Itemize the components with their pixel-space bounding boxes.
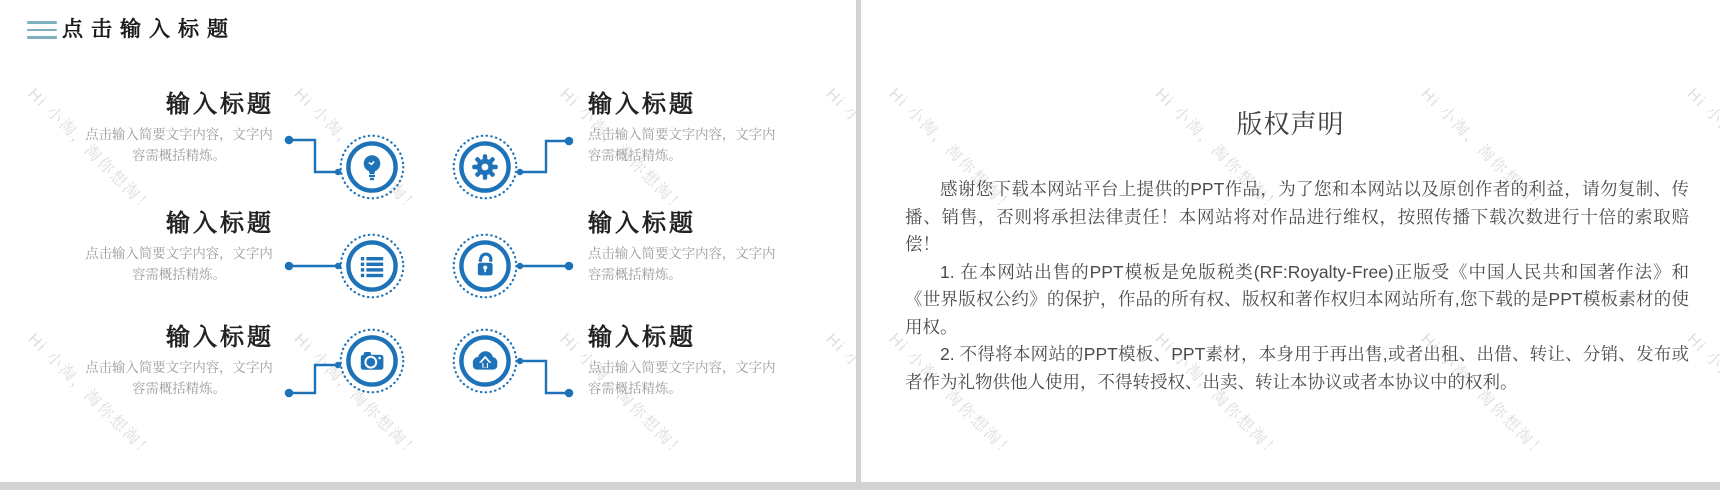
slide-left-panel[interactable]: Hi 小淘，淘你想淘！Hi 小淘，淘你想淘！Hi 小淘，淘你想淘！Hi 小淘，淘…	[0, 0, 856, 482]
connector-line	[282, 353, 344, 399]
slides-preview: Hi 小淘，淘你想淘！Hi 小淘，淘你想淘！Hi 小淘，淘你想淘！Hi 小淘，淘…	[0, 0, 1720, 490]
item-block[interactable]: 输入标题 点击输入简要文字内容，文字内 容需概括精炼。	[588, 209, 778, 285]
copyright-paragraph: 2. 不得将本网站的PPT模板、PPT素材，本身用于再出售,或者出租、出借、转让…	[905, 341, 1689, 396]
item-title: 输入标题	[84, 323, 274, 353]
list-icon	[339, 233, 405, 299]
item-desc: 点击输入简要文字内容，文字内 容需概括精炼。	[84, 243, 274, 285]
item-title: 输入标题	[588, 209, 778, 239]
item-desc: 点击输入简要文字内容，文字内 容需概括精炼。	[588, 357, 778, 399]
item-desc: 点击输入简要文字内容，文字内 容需概括精炼。	[588, 243, 778, 285]
item-title: 输入标题	[588, 323, 778, 353]
item-block[interactable]: 输入标题 点击输入简要文字内容，文字内 容需概括精炼。	[84, 209, 274, 285]
lock-icon	[452, 233, 518, 299]
item-title: 输入标题	[588, 90, 778, 120]
connector-line	[514, 133, 576, 179]
item-title: 输入标题	[84, 209, 274, 239]
connector-line	[514, 353, 576, 399]
copyright-title[interactable]: 版权声明	[861, 104, 1720, 141]
connector-line	[282, 259, 344, 273]
copyright-body[interactable]: 感谢您下载本网站平台上提供的PPT作品，为了您和本网站以及原创作者的利益，请勿复…	[905, 176, 1689, 396]
item-block[interactable]: 输入标题 点击输入简要文字内容，文字内 容需概括精炼。	[588, 90, 778, 166]
item-title: 输入标题	[84, 90, 274, 120]
item-desc: 点击输入简要文字内容，文字内 容需概括精炼。	[588, 124, 778, 166]
gear-icon	[452, 134, 518, 200]
item-block[interactable]: 输入标题 点击输入简要文字内容，文字内 容需概括精炼。	[588, 323, 778, 399]
item-desc: 点击输入简要文字内容，文字内 容需概括精炼。	[84, 357, 274, 399]
menu-icon	[27, 21, 57, 39]
camera-icon	[339, 328, 405, 394]
slide-title-placeholder[interactable]: 点击输入标题	[62, 13, 236, 43]
lightbulb-icon	[339, 134, 405, 200]
copyright-paragraph: 1. 在本网站出售的PPT模板是免版税类(RF:Royalty-Free)正版受…	[905, 259, 1689, 342]
connector-line	[514, 259, 576, 273]
item-desc: 点击输入简要文字内容，文字内 容需概括精炼。	[84, 124, 274, 166]
connector-line	[282, 133, 344, 179]
item-block[interactable]: 输入标题 点击输入简要文字内容，文字内 容需概括精炼。	[84, 90, 274, 166]
item-block[interactable]: 输入标题 点击输入简要文字内容，文字内 容需概括精炼。	[84, 323, 274, 399]
background-strip	[0, 482, 1720, 490]
slide-right-panel[interactable]: Hi 小淘，淘你想淘！Hi 小淘，淘你想淘！Hi 小淘，淘你想淘！Hi 小淘，淘…	[861, 0, 1720, 482]
cloud-upload-icon	[452, 328, 518, 394]
copyright-paragraph: 感谢您下载本网站平台上提供的PPT作品，为了您和本网站以及原创作者的利益，请勿复…	[905, 176, 1689, 259]
